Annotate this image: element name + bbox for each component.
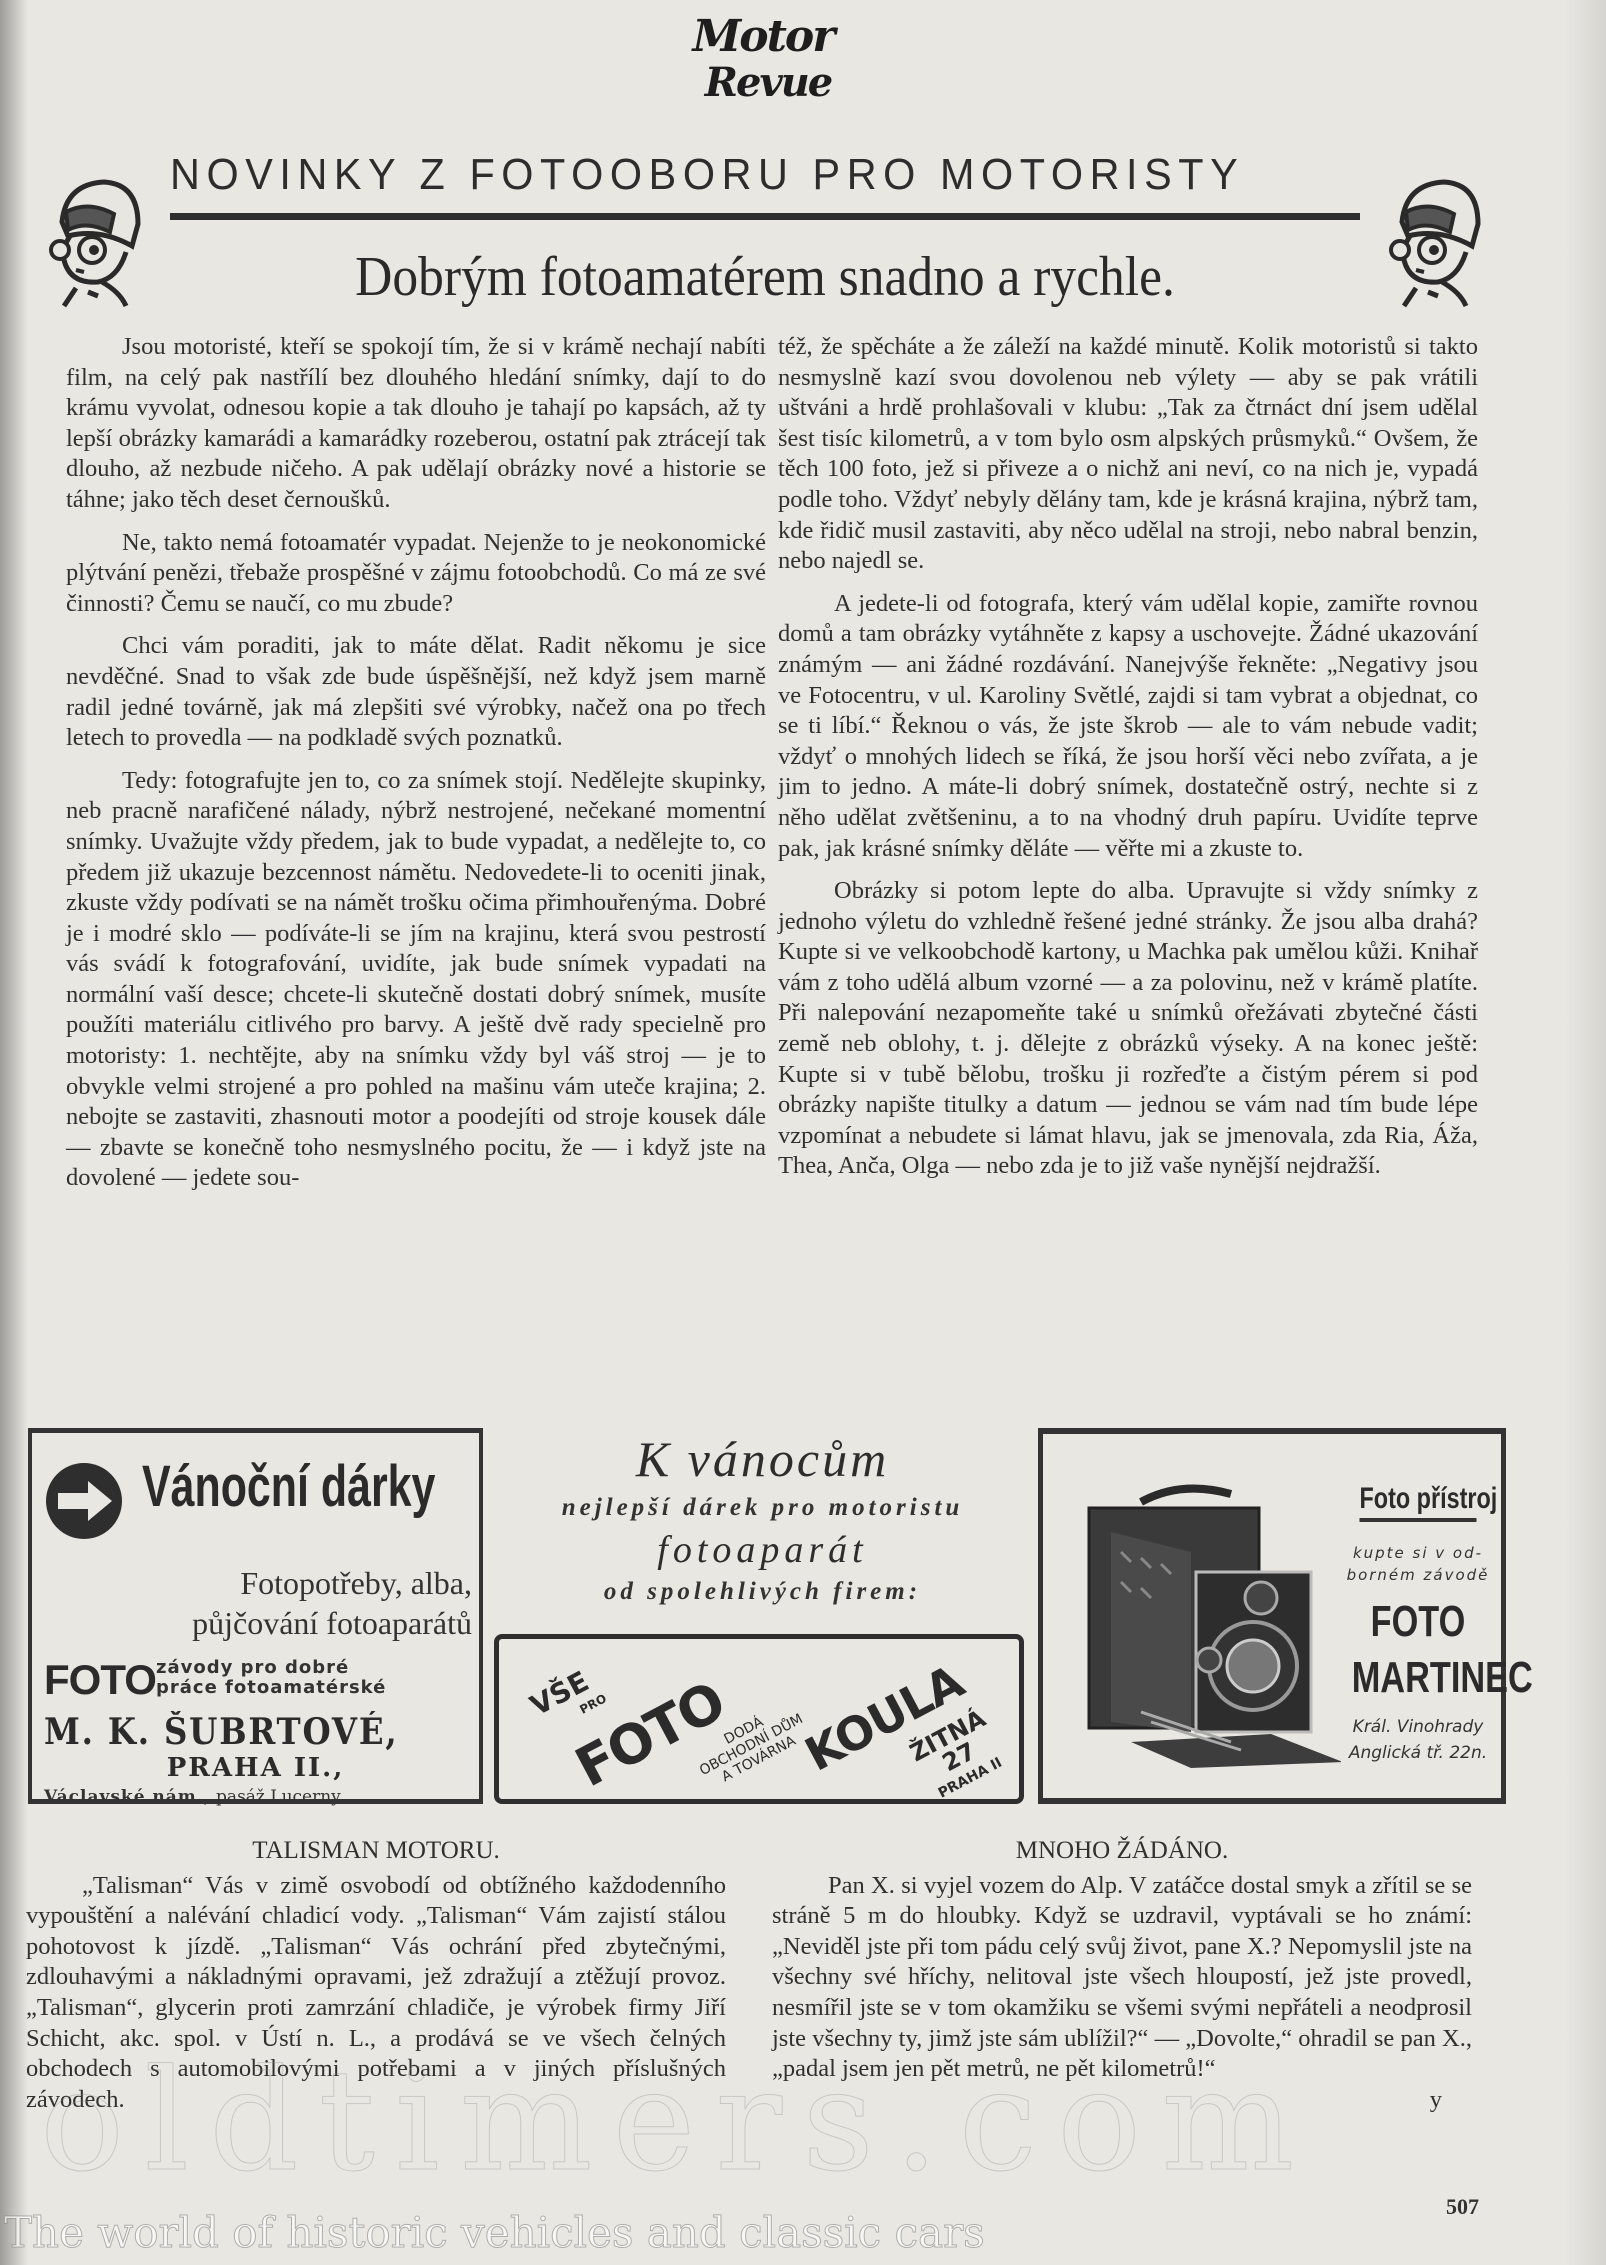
ad-brand: FOTO MARTINEC — [1352, 1594, 1485, 1706]
ad-foto-word: FOTO — [44, 1656, 156, 1704]
ad-subtitle: kupte si v od- borném závodě — [1343, 1542, 1493, 1586]
ad-brand-line: MARTINEC — [1352, 1650, 1485, 1706]
ad-address-detail: pasáž Lucerny. — [216, 1787, 344, 1807]
ad-subrtova: Vánoční dárky Fotopotřeby, alba, půjčová… — [28, 1428, 483, 1804]
logo-line-2: Revue — [688, 60, 848, 106]
article-title: TALISMAN MOTORU. — [26, 1836, 726, 1867]
ad-city: PRAHA II., — [32, 1753, 479, 1783]
ad-line: fotoaparát — [490, 1528, 1035, 1572]
ad-address: Král. Vinohrady Anglická tř. 22n. — [1333, 1714, 1503, 1766]
article-title: MNOHO ŽÁDÁNO. — [772, 1836, 1472, 1867]
ad-martinec: Foto přístroj kupte si v od- borném závo… — [1038, 1428, 1506, 1804]
logo-line-1: Motor — [678, 14, 848, 60]
ad-brand-line: FOTO — [1352, 1594, 1485, 1650]
ad-company-name: M. K. ŠUBRTOVÉ, — [44, 1711, 431, 1753]
koula-logo-box: VŠE PRO FOTO DODÁ OBCHODNÍ DŮM A TOVÁRNA… — [494, 1634, 1024, 1804]
ad-title: Vánoční dárky — [142, 1453, 386, 1520]
helmeted-motorist-icon — [1380, 170, 1490, 310]
paragraph: Chci vám poraditi, jak to máte dělat. Ra… — [66, 631, 766, 753]
ad-headline: K vánocům — [490, 1430, 1035, 1488]
arrow-right-circle-icon — [46, 1463, 122, 1539]
ad-heading: Foto přístroj — [1360, 1482, 1477, 1522]
ad-address-line: Anglická tř. 22n. — [1333, 1740, 1503, 1766]
ad-address-line: Král. Vinohrady — [1333, 1714, 1503, 1740]
ad-foto-row: FOTO závody pro dobré práce fotoamatérsk… — [44, 1656, 474, 1706]
paragraph: Ne, takto nemá fotoamatér vypadat. Nejen… — [66, 528, 766, 620]
paragraph: Tedy: fotografujte jen to, co za snímek … — [66, 766, 766, 1194]
helmeted-motorist-icon — [40, 170, 150, 310]
article-left-column: Jsou motoristé, kteří se spokojí tím, že… — [66, 332, 766, 1206]
page-number: 507 — [1446, 2194, 1479, 2220]
folding-camera-icon — [1071, 1472, 1341, 1768]
ad-foto-sub-line: práce fotoamatérské — [156, 1677, 386, 1698]
ad-koula: K vánocům nejlepší dárek pro motoristu f… — [490, 1428, 1035, 1804]
ad-line: nejlepší dárek pro motoristu — [490, 1494, 1035, 1522]
page-edge-shadow — [0, 0, 28, 2265]
ad-address-street: Václavské nám., — [44, 1787, 211, 1807]
masthead-logo: Motor Revue — [678, 14, 848, 106]
ad-line: půjčování fotoaparátů — [132, 1603, 472, 1643]
ad-line: kupte si v od- — [1343, 1542, 1493, 1564]
paragraph: též, že spěcháte a že záleží na každé mi… — [778, 332, 1478, 577]
article-right-column: též, že spěcháte a že záleží na každé mi… — [778, 332, 1478, 1194]
ad-line: Fotopotřeby, alba, — [132, 1563, 472, 1603]
ad-foto-sub-line: závody pro dobré — [156, 1657, 349, 1678]
ad-address: Václavské nám., pasáž Lucerny. — [44, 1787, 474, 1807]
ad-foto-sub: závody pro dobré práce fotoamatérské — [156, 1658, 386, 1698]
article-headline: Dobrým fotoamatérem snadno a rychle. — [218, 245, 1313, 309]
section-divider — [170, 213, 1360, 220]
section-title: NOVINKY Z FOTOOBORU PRO MOTORISTY — [170, 150, 1289, 200]
ad-subtitle: Fotopotřeby, alba, půjčování fotoaparátů — [132, 1563, 472, 1643]
paragraph: A jedete-li od fotografa, který vám uděl… — [778, 589, 1478, 864]
watermark-overlay: oldtimers.com — [40, 2040, 1314, 2203]
paragraph: Jsou motoristé, kteří se spokojí tím, že… — [66, 332, 766, 516]
watermark-caption: The world of historic vehicles and class… — [4, 2208, 985, 2257]
ad-line: borném závodě — [1343, 1564, 1493, 1586]
page-edge-shadow-right — [1566, 0, 1606, 2265]
ad-line: od spolehlivých firem: — [490, 1578, 1035, 1606]
paragraph: Obrázky si potom lepte do alba. Upravujt… — [778, 876, 1478, 1182]
